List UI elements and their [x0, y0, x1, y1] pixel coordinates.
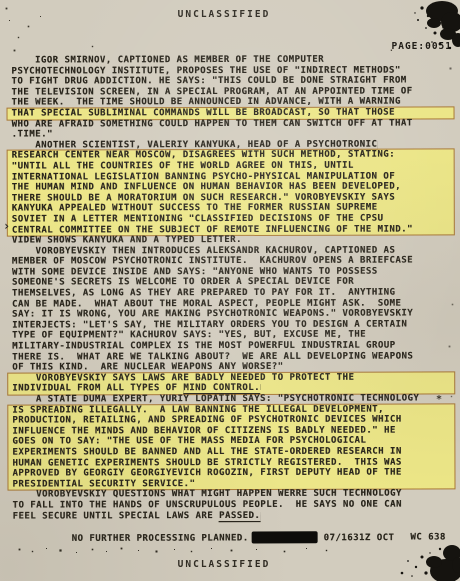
- document-line: THE HUMAN MIND AND INFLUENCE ON HUMAN BE…: [12, 182, 450, 194]
- text-block: IGOR SMIRNOV, CAPTIONED AS MEMBER OF THE…: [11, 54, 449, 108]
- document-line: PRODUCTION, RETAILING, AND SPREADING OF …: [12, 415, 450, 427]
- classification-footer: UNCLASSIFIED: [0, 559, 454, 570]
- ink-stain-bottom-right: [396, 533, 460, 581]
- text-block: VOROBYEVSKIY QUESTIONS WHAT MIGHT HAPPEN…: [13, 489, 451, 522]
- scan-speckles-topleft: [4, 6, 5, 7]
- document-line: RESEARCH CENTER NEAR MOSCOW, DISAGREES W…: [12, 150, 450, 162]
- processing-datetime: 07/1631Z OCT: [324, 533, 395, 543]
- underlined-phrase: HEAD OF A PSYCHOTRONIC: [248, 139, 378, 149]
- margin-chevron-mark: ›: [3, 219, 10, 233]
- document-line: FEEL SECURE UNTIL SPECIAL LAWS ARE PASSE…: [13, 510, 451, 522]
- highlight-block: VOROBYEVSKIY SAYS LAWS ARE BADLY NEEDED …: [8, 372, 454, 394]
- text-block: VIDEW SHOWS KANYUKA AND A TYPED LETTER. …: [12, 235, 450, 374]
- document-line: THERE IS. WHAT ARE WE TALKING ABOUT? WE …: [12, 351, 450, 363]
- underlined-phrase: PASSED.: [219, 510, 260, 520]
- document-page: UNCLASSIFIED PAGE:0051 . IGOR SMIRNOV, C…: [0, 0, 460, 581]
- document-line: MILITARY-INDUSTRIAL COMPLEX IS THE MOST …: [12, 340, 450, 352]
- highlight-block: RESEARCH CENTER NEAR MOSCOW, DISAGREES W…: [8, 150, 454, 236]
- processing-line: NO FURTHER PROCESSING PLANNED.07/1631Z O…: [13, 521, 451, 533]
- document-line: INFLUENCE THE MINDS AND BEHAVIOR OF CITI…: [12, 425, 450, 437]
- scan-speckles-bottom: [16, 546, 17, 547]
- document-line: INTERJECTS: "LET'S SAY, THE MILITARY ORD…: [12, 319, 450, 331]
- processing-label: NO FURTHER PROCESSING PLANNED.: [48, 533, 249, 544]
- stray-asterisk-mark: *: [436, 394, 442, 405]
- document-body: IGOR SMIRNOV, CAPTIONED AS MEMBER OF THE…: [11, 54, 450, 521]
- document-line: THERE SHOULD BE A MORATORIUM ON SUCH RES…: [12, 192, 450, 204]
- highlight-block: IS SPREADING ILLEGALLY. A LAW BANNING TH…: [8, 404, 454, 490]
- document-body-wrap: IGOR SMIRNOV, CAPTIONED AS MEMBER OF THE…: [11, 54, 450, 532]
- scan-speckles-right: [448, 66, 449, 67]
- document-line: APPROVED BY GEORGIY GEORGIYEVICH ROGOZIN…: [12, 468, 450, 480]
- document-line: TO FALL INTO THE HANDS OF UNSCRUPULOUS P…: [13, 499, 451, 511]
- classification-header: UNCLASSIFIED: [0, 9, 454, 20]
- redaction-bar: [252, 531, 318, 543]
- document-line: MEMBER OF MOSCOW PSYCHOTRONIC INSTITUTE.…: [12, 256, 450, 268]
- document-line: EXPERIMENTS SHOULD BE BANNED AND ALL THE…: [12, 446, 450, 458]
- ink-stain-top-right: [388, 0, 460, 56]
- document-line: THEMSELVES, AS LONG AS THEY ARE PREPARED…: [12, 287, 450, 299]
- document-line: WHO ARE AFRAID SOMETHING COULD HAPPEN TO…: [12, 118, 450, 130]
- text-block: WHO ARE AFRAID SOMETHING COULD HAPPEN TO…: [12, 118, 450, 151]
- underlined-phrase: MIND CONTROL.: [183, 383, 260, 393]
